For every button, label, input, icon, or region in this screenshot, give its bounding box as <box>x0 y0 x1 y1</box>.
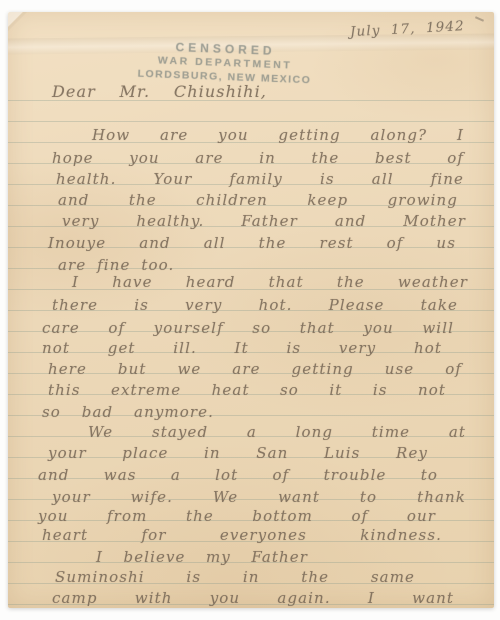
handwritten-line: We stayed a long time at <box>88 423 466 441</box>
pencil-mark <box>475 16 484 21</box>
handwritten-line: and the children keep growing <box>58 191 458 209</box>
corner-crease <box>8 12 78 82</box>
salutation: Dear Mr. Chiushihi, <box>52 83 267 101</box>
censor-stamp: CENSORED WAR DEPARTMENT LORDSBURG, NEW M… <box>105 37 344 88</box>
handwritten-line: health. Your family is all fine <box>56 170 464 188</box>
handwritten-line: there is very hot. Please take <box>52 296 458 314</box>
handwritten-line: heart for everyones kindness. <box>42 526 442 544</box>
handwritten-line: and was a lot of trouble to <box>38 466 438 484</box>
letter-paper: July 17, 1942 CENSORED WAR DEPARTMENT LO… <box>8 12 494 608</box>
handwritten-line: are fine too. <box>58 256 174 274</box>
handwritten-line: your wife. We want to thank <box>52 488 466 506</box>
handwritten-line: you from the bottom of our <box>38 507 436 525</box>
handwritten-line: very healthy. Father and Mother <box>62 212 466 230</box>
handwritten-line: care of yourself so that you will <box>42 319 454 337</box>
letter-date: July 17, 1942 <box>350 17 471 41</box>
handwritten-line: camp with you again. I want <box>52 589 454 607</box>
handwritten-line: Inouye and all the rest of us <box>48 234 456 252</box>
handwritten-line: Suminoshi is in the same <box>55 568 415 586</box>
handwritten-line: so bad anymore. <box>42 403 214 421</box>
handwritten-line: your place in San Luis Rey <box>48 444 428 462</box>
handwritten-line: I believe my Father <box>96 548 308 566</box>
handwritten-line: How are you getting along? I <box>92 126 464 144</box>
handwritten-line: here but we are getting use of <box>48 360 462 378</box>
handwritten-line: this extreme heat so it is not <box>48 381 446 399</box>
handwritten-line: not get ill. It is very hot <box>42 339 442 357</box>
handwritten-line: I have heard that the weather <box>72 273 468 291</box>
handwritten-line: hope you are in the best of <box>52 149 464 167</box>
